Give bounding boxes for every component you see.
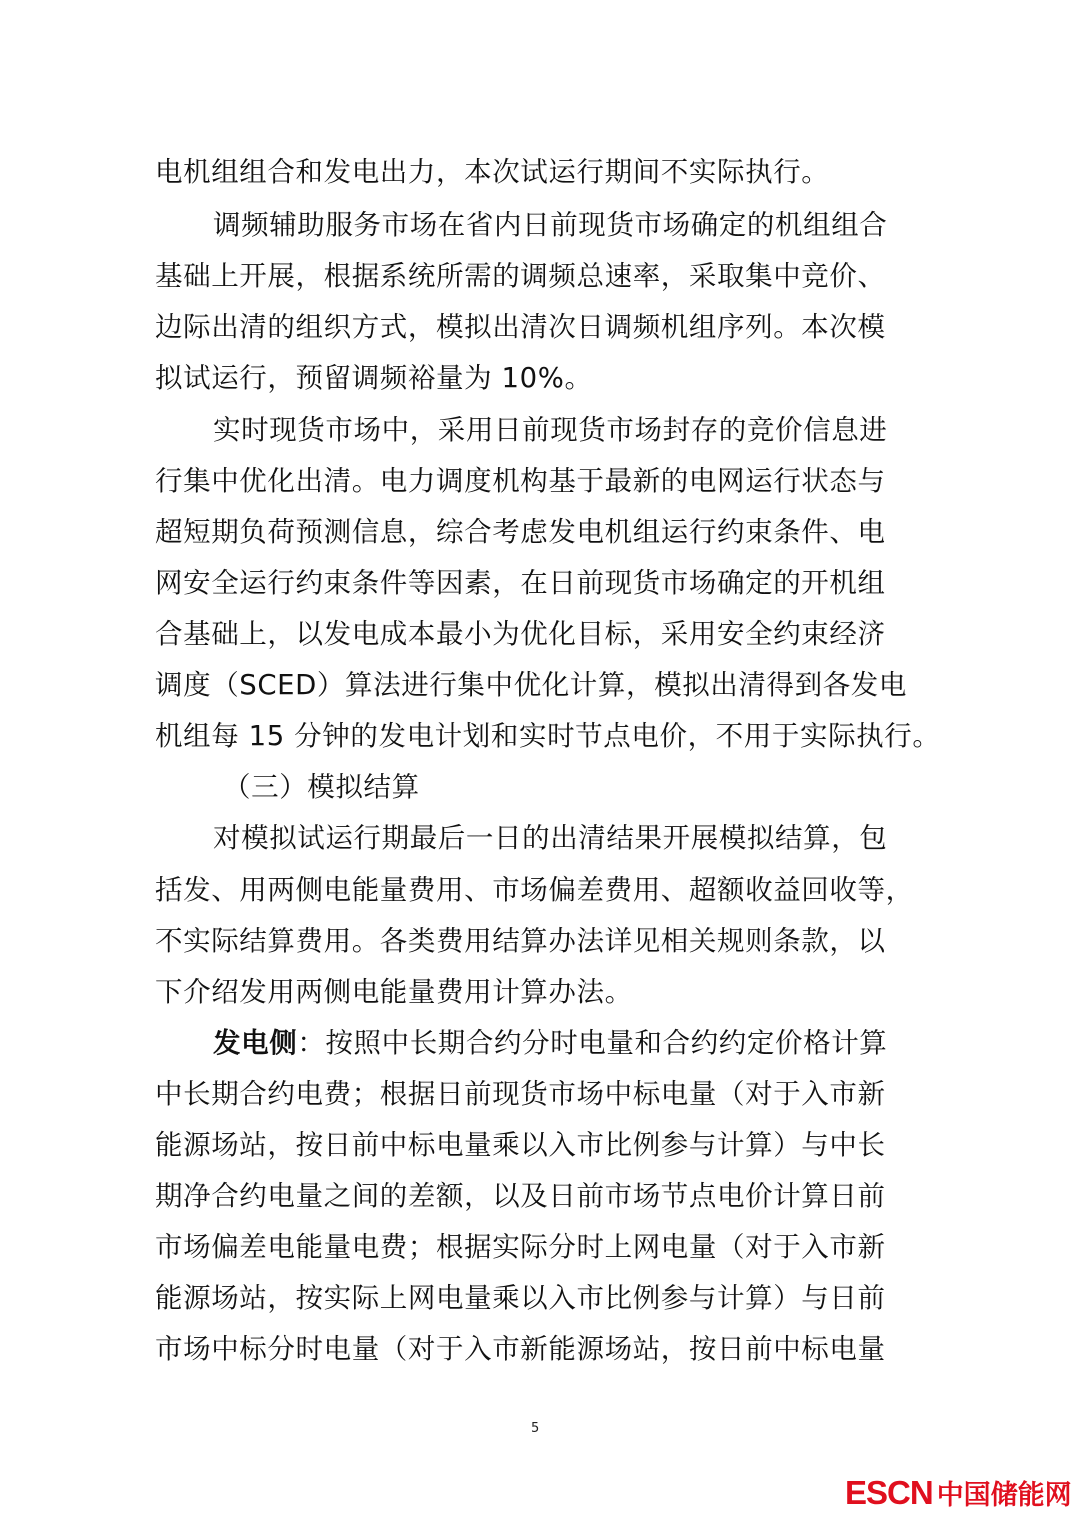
watermark-en: ESCN [845, 1474, 933, 1512]
text-line: 不实际结算费用。各类费用结算办法详见相关规则条款，以 [155, 928, 886, 956]
watermark-cn: 中国储能网 [937, 1473, 1072, 1512]
text-line: 调度（SCED）算法进行集中优化计算，模拟出清得到各发电 [155, 672, 907, 700]
text-line: 网安全运行约束条件等因素，在日前现货市场确定的开机组 [155, 570, 886, 598]
text-line: 期净合约电量之间的差额，以及日前市场节点电价计算日前 [155, 1183, 886, 1211]
bold-term: 发电侧 [213, 1027, 297, 1059]
text-line: 能源场站，按日前中标电量乘以入市比例参与计算）与中长 [155, 1132, 886, 1160]
text-line: 市场偏差电能量电费；根据实际分时上网电量（对于入市新 [155, 1234, 886, 1262]
text-line: 中长期合约电费；根据日前现货市场中标电量（对于入市新 [155, 1081, 886, 1109]
text-line: 电机组组合和发电出力，本次试运行期间不实际执行。 [155, 159, 829, 187]
text-line: 对模拟试运行期最后一日的出清结果开展模拟结算，包 [213, 825, 887, 853]
text-line: 机组每 15 分钟的发电计划和实时节点电价，不用于实际执行。 [155, 723, 940, 751]
page-number: 5 [531, 1421, 539, 1436]
text-line: 基础上开展，根据系统所需的调频总速率，采取集中竞价、 [155, 263, 886, 291]
watermark-logo: ESCN 中国储能网 [845, 1473, 1072, 1512]
text-line: 行集中优化出清。电力调度机构基于最新的电网运行状态与 [155, 468, 886, 496]
text-line: 调频辅助服务市场在省内日前现货市场确定的机组组合 [213, 212, 887, 240]
text-line: 括发、用两侧电能量费用、市场偏差费用、超额收益回收等， [155, 877, 914, 905]
text-line: 合基础上，以发电成本最小为优化目标，采用安全约束经济 [155, 621, 886, 649]
text-line: 能源场站，按实际上网电量乘以入市比例参与计算）与日前 [155, 1285, 886, 1313]
text-line: 发电侧：按照中长期合约分时电量和合约约定价格计算 [213, 1030, 887, 1058]
text-line: 下介绍发用两侧电能量费用计算办法。 [155, 979, 633, 1007]
text-line: 市场中标分时电量（对于入市新能源场站，按日前中标电量 [155, 1336, 886, 1364]
text-line: 超短期负荷预测信息，综合考虑发电机组运行约束条件、电 [155, 519, 886, 547]
section-heading: （三）模拟结算 [223, 774, 420, 802]
text-span: ：按照中长期合约分时电量和合约约定价格计算 [297, 1027, 887, 1059]
text-line: 实时现货市场中，采用日前现货市场封存的竞价信息进 [213, 417, 887, 445]
text-line: 边际出清的组织方式，模拟出清次日调频机组序列。本次模 [155, 314, 886, 342]
text-line: 拟试运行，预留调频裕量为 10%。 [155, 365, 593, 393]
